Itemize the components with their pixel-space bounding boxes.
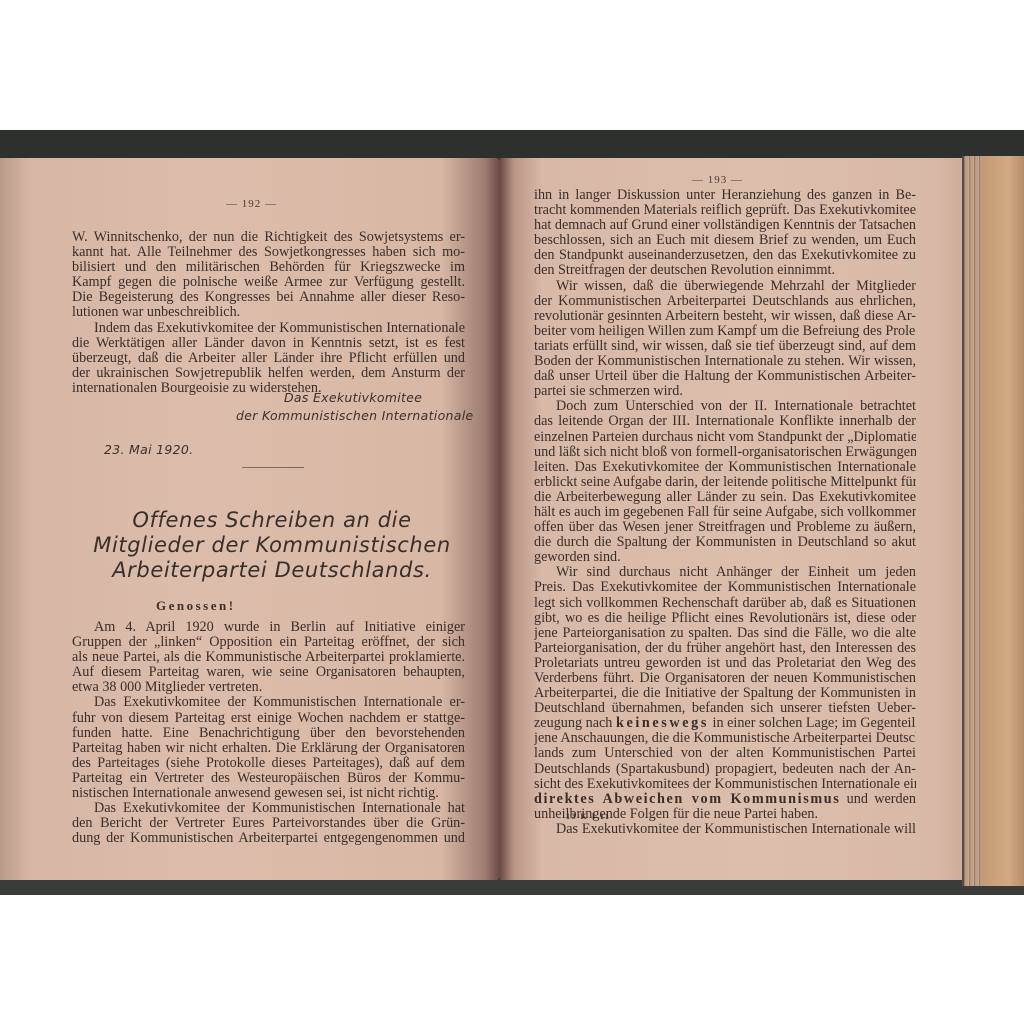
page-edges (962, 156, 1024, 886)
section-divider (242, 467, 304, 468)
text-line: die Werktätigen aller Länder davon in Ke… (72, 336, 465, 351)
text-line: den Standpunkt auseinanderzusetzen, den … (534, 248, 916, 263)
text-line: dung der Kommunistischen Arbeiterpartei … (72, 831, 465, 846)
text-line: offen über das Wesen jener Streitfragen … (534, 520, 916, 535)
page-number-right: — 193 — (692, 174, 743, 186)
open-book: — 192 — W. Winnitschenko, der nun die Ri… (0, 158, 1024, 880)
text-line: einzelnen Parteien durchaus nicht vom St… (534, 430, 916, 445)
text-line: Parteiorganisation, der du früher angehö… (534, 641, 916, 656)
printer-signature-mark: 13 K I 11 (566, 812, 610, 821)
text-line: erblickt seine Aufgabe darin, der leiten… (534, 475, 916, 490)
text-line: Am 4. April 1920 wurde in Berlin auf Ini… (72, 620, 465, 635)
letter-title: Offenes Schreiben an die Mitglieder der … (62, 508, 482, 583)
text-line: Parteitag haben wir nicht erhalten. Die … (72, 741, 465, 756)
date: 23. Mai 1920. (104, 442, 193, 457)
text-line: sicht des Exekutivkomitees der Kommunist… (534, 777, 916, 792)
text-line: Das Exekutivkomitee der Kommunistischen … (72, 801, 465, 816)
text-line: und läßt sich nicht bloß von formell-org… (534, 445, 916, 460)
text-line: Verderbens führt. Die Organisatoren der … (534, 671, 916, 686)
text-line: Kampf gegen die polnische weiße Armee zu… (72, 275, 465, 290)
text-line: direktes Abweichen vom Kommunismus und w… (534, 792, 916, 807)
text-line: beiter vom heiligen Willen zum Kampf um … (534, 324, 916, 339)
text-line: überzeugt, daß die Arbeiter aller Länder… (72, 351, 465, 366)
text-line: Preis. Das Exekutivkomitee der Kommunist… (534, 580, 916, 595)
right-paragraph-1: ihn in langer Diskussion unter Heranzieh… (534, 188, 916, 837)
text-line: Deutschlands (Spartakusbund) propagiert,… (534, 762, 916, 777)
text-line: jene Anschauungen, die die Kommunistisch… (534, 731, 916, 746)
text-line: gibt, wo es die heilige Pflicht eines Re… (534, 611, 916, 626)
salutation: Genossen! (156, 598, 236, 614)
text-line: der ukrainischen Sowjetrepublik helfen w… (72, 366, 465, 381)
text-line: Proletariats untreu geworden ist und das… (534, 656, 916, 671)
text-line: kannt hat. Alle Teilnehmer des Sowjetkon… (72, 245, 465, 260)
text-line: legt sich vollkommen Rechenschaft darübe… (534, 596, 916, 611)
text-line: Boden der Kommunistischen Internationale… (534, 354, 916, 369)
text-line: Das Exekutivkomitee der Kommunistischen … (534, 822, 916, 837)
text-line: Gruppen der „linken“ Opposition ein Part… (72, 635, 465, 650)
text-line: daß unser Urteil über die Haltung der Ko… (534, 369, 916, 384)
text-line: etwa 38 000 Mitglieder vertreten. (72, 680, 465, 695)
text-line: hat demnach auf Grund einer vollständige… (534, 218, 916, 233)
text-line: Indem das Exekutivkomitee der Kommunisti… (72, 321, 465, 336)
text-line: partei sie schmerzen wird. (534, 384, 916, 399)
text-line: fuhr von diesem Parteitag erst einige Wo… (72, 711, 465, 726)
text-line: Deutschland übernahmen, befanden sich un… (534, 701, 916, 716)
text-line: bilisiert und den militärischen Behörden… (72, 260, 465, 275)
text-line: als neue Partei, als die Kommunistische … (72, 650, 465, 665)
text-line: W. Winnitschenko, der nun die Richtigkei… (72, 230, 465, 245)
text-line: funden hatte. Eine Benachrichtigung über… (72, 726, 465, 741)
text-line: leiten. Das Exekutivkomitee der Kommunis… (534, 460, 916, 475)
page-number-left: — 192 — (226, 198, 277, 210)
text-line: tracht kommenden Materials reiflich gepr… (534, 203, 916, 218)
text-line: den Streitfragen der deutschen Revolutio… (534, 263, 916, 278)
text-line: lutionen war unbeschreiblich. (72, 305, 465, 320)
text-line: der Kommunistischen Arbeiterpartei Deuts… (534, 294, 916, 309)
left-page: — 192 — W. Winnitschenko, der nun die Ri… (0, 158, 500, 880)
text-line: zeugung nach keineswegs in einer solchen… (534, 716, 916, 731)
text-line: das leitende Organ der III. Internationa… (534, 414, 916, 429)
text-line: Wir sind durchaus nicht Anhänger der Ein… (534, 565, 916, 580)
text-line: Die Begeisterung des Kongresses bei Anna… (72, 290, 465, 305)
title-line: Offenes Schreiben an die (62, 508, 482, 533)
left-paragraph-1: W. Winnitschenko, der nun die Richtigkei… (72, 230, 465, 396)
text-line: Arbeiterpartei, die die Initiative der S… (534, 686, 916, 701)
emphasized-word: keineswegs (616, 716, 709, 731)
text-line: Doch zum Unterschied von der II. Interna… (534, 399, 916, 414)
signature-line-2: der Kommunistischen Internationale (236, 408, 473, 423)
title-line: Mitglieder der Kommunistischen (62, 533, 482, 558)
left-paragraph-3: Am 4. April 1920 wurde in Berlin auf Ini… (72, 620, 465, 846)
title-line: Arbeiterpartei Deutschlands. (62, 558, 482, 583)
text-line: beschlossen, sich an Euch mit diesem Bri… (534, 233, 916, 248)
right-page: — 193 — ihn in langer Diskussion unter H… (500, 158, 970, 880)
text-line: Wir wissen, daß die überwiegende Mehrzah… (534, 279, 916, 294)
text-line: lands zum Unterschied von der alten Komm… (534, 746, 916, 761)
text-line: geworden sind. (534, 550, 916, 565)
text-line: die durch die Spaltung der Kommunisten i… (534, 535, 916, 550)
text-line: den Bericht der Vertreter Eures Parteivo… (72, 816, 465, 831)
text-line: des Parteitages (siehe Protokolle dieses… (72, 756, 465, 771)
text-line: jene Parteiorganisation zu spalten. Das … (534, 626, 916, 641)
text-line: tariats erfüllt sind, wir wissen, daß si… (534, 339, 916, 354)
text-line: hält es auch im gegebenen Fall für seine… (534, 505, 916, 520)
text-line: Auf diesem Parteitag waren, wie seine Or… (72, 665, 465, 680)
text-line: Das Exekutivkomitee der Kommunistischen … (72, 695, 465, 710)
text-line: revolutionär gesinnten Arbeitern besteht… (534, 309, 916, 324)
text-line: ihn in langer Diskussion unter Heranzieh… (534, 188, 916, 203)
text-line: nistischen Internationale anwesend gewes… (72, 786, 465, 801)
signature-line-1: Das Exekutivkomitee (284, 390, 422, 405)
text-line: die Arbeiterbewegung aller Länder zu sei… (534, 490, 916, 505)
emphasized-phrase: direktes Abweichen vom Kommunismus (534, 792, 840, 807)
text-line: Parteitag ein Vertreter des Westeuropäis… (72, 771, 465, 786)
